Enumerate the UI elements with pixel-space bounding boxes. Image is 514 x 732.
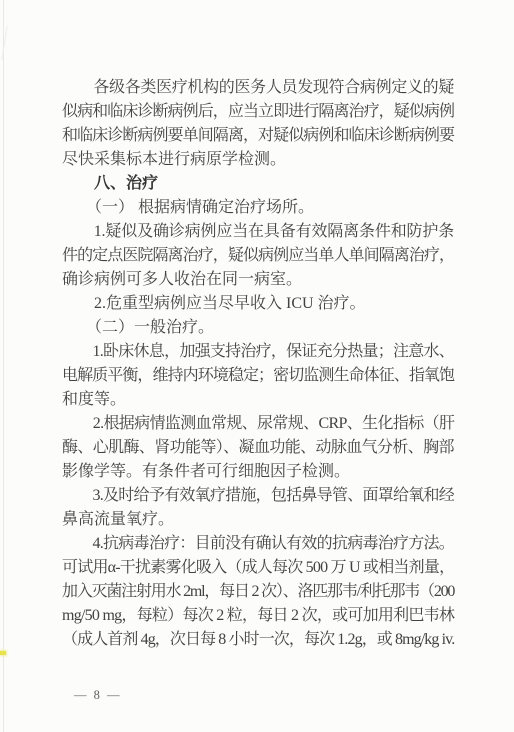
text-line: 2.危重型病例应当尽早收入 ICU 治疗。 xyxy=(62,292,454,316)
page-number: — 8 — xyxy=(74,688,122,703)
text-line-content: 确诊病例可多人收治在同一病室。 xyxy=(62,268,302,292)
text-line: 酶、心肌酶、肾功能等）、凝血功能、动脉血气分析、胸部 xyxy=(62,436,454,460)
text-line-content: （二）一般治疗。 xyxy=(62,316,214,340)
text-line-content: 电解质平衡，维持内环境稳定；密切监测生命体征、指氧饱 xyxy=(62,364,454,388)
text-line: 尽快采集标本进行病原学检测。 xyxy=(62,148,454,172)
document-page: 各级各类医疗机构的医务人员发现符合病例定义的疑似病和临床诊断病例后，应当立即进行… xyxy=(0,0,514,732)
text-line: 影像学等。有条件者可行细胞因子检测。 xyxy=(62,460,454,484)
text-line-content: mg/50 mg，每粒）每次 2 粒，每日 2 次，或可加用利巴韦林 xyxy=(62,604,454,628)
text-line-content: 可试用α-干扰素雾化吸入（成人每次 500 万 U 或相当剂量， xyxy=(62,556,454,580)
scan-edge-line xyxy=(3,0,4,732)
text-line: 加入灭菌注射用水 2ml，每日 2 次）、洛匹那韦/利托那韦（200 xyxy=(62,580,454,604)
text-line: 2.根据病情监测血常规、尿常规、CRP、生化指标（肝 xyxy=(62,412,454,436)
text-line: 1.卧床休息，加强支持治疗，保证充分热量；注意水、 xyxy=(62,340,454,364)
text-line-content: 1.疑似及确诊病例应当在具备有效隔离条件和防护条 xyxy=(62,220,454,244)
text-line: 和度等。 xyxy=(62,388,454,412)
text-line: 3.及时给予有效氧疗措施，包括鼻导管、面罩给氧和经 xyxy=(62,484,454,508)
text-line-content: 八、治疗 xyxy=(62,172,158,196)
text-line: 4.抗病毒治疗：目前没有确认有效的抗病毒治疗方法。 xyxy=(62,532,454,556)
text-line-content: 和临床诊断病例要单间隔离，对疑似病例和临床诊断病例要 xyxy=(62,124,454,148)
text-line: （一） 根据病情确定治疗场所。 xyxy=(62,196,454,220)
text-line-content: （一） 根据病情确定治疗场所。 xyxy=(62,196,314,220)
document-body: 各级各类医疗机构的医务人员发现符合病例定义的疑似病和临床诊断病例后，应当立即进行… xyxy=(62,76,454,652)
text-line: （二）一般治疗。 xyxy=(62,316,454,340)
text-line: 八、治疗 xyxy=(62,172,454,196)
text-line: mg/50 mg，每粒）每次 2 粒，每日 2 次，或可加用利巴韦林 xyxy=(62,604,454,628)
text-line-content: 鼻高流量氧疗。 xyxy=(62,508,174,532)
text-line: 各级各类医疗机构的医务人员发现符合病例定义的疑 xyxy=(62,76,454,100)
text-line: 可试用α-干扰素雾化吸入（成人每次 500 万 U 或相当剂量， xyxy=(62,556,454,580)
text-line-content: 加入灭菌注射用水 2ml，每日 2 次）、洛匹那韦/利托那韦（200 xyxy=(62,580,454,604)
text-line: 和临床诊断病例要单间隔离，对疑似病例和临床诊断病例要 xyxy=(62,124,454,148)
text-line: 电解质平衡，维持内环境稳定；密切监测生命体征、指氧饱 xyxy=(62,364,454,388)
text-line-content: 似病和临床诊断病例后，应当立即进行隔离治疗，疑似病例 xyxy=(62,100,454,124)
text-line-content: 4.抗病毒治疗：目前没有确认有效的抗病毒治疗方法。 xyxy=(62,532,454,556)
text-line-content: 件的定点医院隔离治疗，疑似病例应当单人单间隔离治疗， xyxy=(62,244,454,268)
text-line-content: 3.及时给予有效氧疗措施，包括鼻导管、面罩给氧和经 xyxy=(62,484,454,508)
text-line-content: 影像学等。有条件者可行细胞因子检测。 xyxy=(62,460,350,484)
text-line-content: 2.根据病情监测血常规、尿常规、CRP、生化指标（肝 xyxy=(62,412,454,436)
scan-highlight-mark xyxy=(0,651,6,655)
text-line: 确诊病例可多人收治在同一病室。 xyxy=(62,268,454,292)
text-line-content: 酶、心肌酶、肾功能等）、凝血功能、动脉血气分析、胸部 xyxy=(62,436,454,460)
text-line: 件的定点医院隔离治疗，疑似病例应当单人单间隔离治疗， xyxy=(62,244,454,268)
text-line-content: 各级各类医疗机构的医务人员发现符合病例定义的疑 xyxy=(62,76,454,100)
text-line-content: （成人首剂 4g，次日每 8 小时一次，每次 1.2g，或 8mg/kg iv. xyxy=(62,628,454,652)
text-line-content: 尽快采集标本进行病原学检测。 xyxy=(62,148,286,172)
text-line-content: 和度等。 xyxy=(62,388,126,412)
text-line-content: 2.危重型病例应当尽早收入 ICU 治疗。 xyxy=(62,292,366,316)
text-line-content: 1.卧床休息，加强支持治疗，保证充分热量；注意水、 xyxy=(62,340,454,364)
text-line: 1.疑似及确诊病例应当在具备有效隔离条件和防护条 xyxy=(62,220,454,244)
text-line: 似病和临床诊断病例后，应当立即进行隔离治疗，疑似病例 xyxy=(62,100,454,124)
text-line: 鼻高流量氧疗。 xyxy=(62,508,454,532)
text-line: （成人首剂 4g，次日每 8 小时一次，每次 1.2g，或 8mg/kg iv. xyxy=(62,628,454,652)
